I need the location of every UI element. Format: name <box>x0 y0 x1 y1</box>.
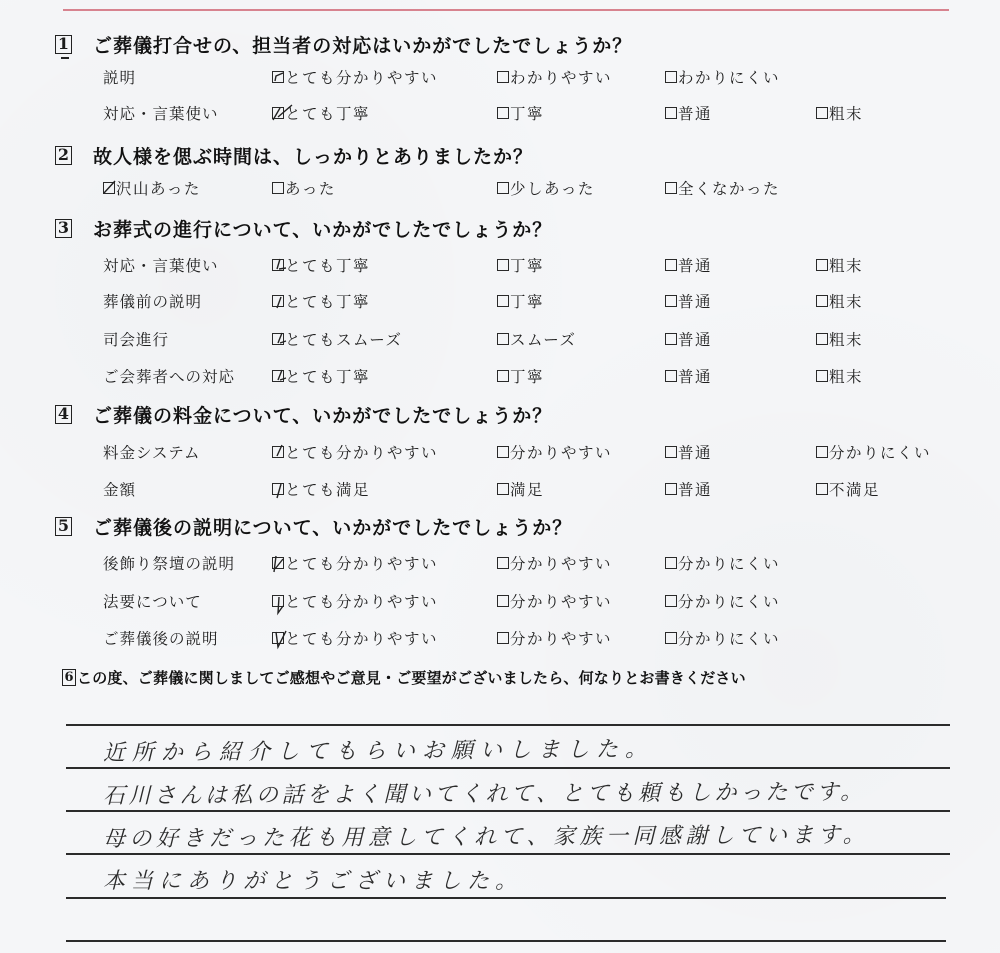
option-checkbox[interactable]: 分かりやすい <box>497 590 612 612</box>
option-checkbox[interactable]: とても丁寧 <box>272 365 370 387</box>
checkbox-icon[interactable] <box>497 557 509 569</box>
question-title: この度、ご葬儀に関しましてご感想やご意見・ご要望がございましたら、何なりとお書き… <box>77 667 746 688</box>
checkbox-checked-icon[interactable] <box>103 182 115 194</box>
option-checkbox[interactable]: 粗末 <box>816 328 863 350</box>
checkbox-icon[interactable] <box>497 333 509 345</box>
option-checkbox[interactable]: 粗末 <box>816 365 863 387</box>
ruled-line <box>66 810 950 812</box>
checkbox-checked-icon[interactable] <box>272 632 284 644</box>
question-5-header: 5 ご葬儀後の説明について、いかがでしたでしょうか？ <box>55 513 572 539</box>
question-1-row-manner: 対応・言葉使い とても丁寧 丁寧 普通 粗末 <box>0 102 1000 124</box>
question-number-box: 6 <box>62 669 76 686</box>
question-4-row-pricing-system: 料金システム とても分かりやすい 分かりやすい 普通 分かりにくい <box>0 441 1000 463</box>
option-checkbox[interactable]: 普通 <box>665 478 712 500</box>
row-label: 法要について <box>103 590 202 612</box>
row-label: 金額 <box>103 478 136 500</box>
top-red-rule <box>63 9 949 11</box>
checkbox-checked-icon[interactable] <box>272 483 284 495</box>
checkbox-icon[interactable] <box>497 446 509 458</box>
question-title: ご葬儀の料金について、いかがでしたでしょうか？ <box>93 401 552 428</box>
question-1-header: 1 ご葬儀打合せの、担当者の対応はいかがでしたでしょうか？ <box>55 31 632 57</box>
option-checkbox[interactable]: 分かりにくい <box>665 552 780 574</box>
option-checkbox[interactable]: 分かりやすい <box>497 441 612 463</box>
checkbox-icon[interactable] <box>665 295 677 307</box>
option-checkbox[interactable]: 分かりにくい <box>665 627 780 649</box>
option-checkbox[interactable]: とても丁寧 <box>272 290 370 312</box>
option-checkbox[interactable]: 分かりにくい <box>665 590 780 612</box>
checkbox-icon[interactable] <box>497 295 509 307</box>
option-checkbox[interactable]: とても分かりやすい <box>272 441 438 463</box>
option-checkbox[interactable]: とても分かりやすい <box>272 66 438 88</box>
question-5-row-altar: 後飾り祭壇の説明 とても分かりやすい 分かりやすい 分かりにくい <box>0 552 1000 574</box>
comment-line-2[interactable]: 石川さんは私の話をよく聞いてくれて、とても頼もしかったです。 <box>103 775 866 810</box>
option-checkbox[interactable]: あった <box>272 177 336 199</box>
ruled-line <box>66 940 946 942</box>
question-title: お葬式の進行について、いかがでしたでしょうか？ <box>93 215 552 242</box>
ruled-line <box>66 724 950 726</box>
option-checkbox[interactable]: 粗末 <box>816 102 863 124</box>
row-label: 司会進行 <box>103 328 169 350</box>
checkbox-icon[interactable] <box>816 483 828 495</box>
question-3-row-attendees: ご会葬者への対応 とても丁寧 丁寧 普通 粗末 <box>0 365 1000 387</box>
question-4-row-amount: 金額 とても満足 満足 普通 不満足 <box>0 478 1000 500</box>
option-checkbox[interactable]: 丁寧 <box>497 254 544 276</box>
option-checkbox[interactable]: とても丁寧 <box>272 102 370 124</box>
row-label: ご葬儀後の説明 <box>103 627 219 649</box>
checkbox-icon[interactable] <box>816 370 828 382</box>
row-label: 対応・言葉使い <box>103 254 219 276</box>
question-number-box: 4 <box>55 405 72 424</box>
checkbox-checked-icon[interactable] <box>272 370 284 382</box>
checkbox-checked-icon[interactable] <box>272 295 284 307</box>
checkbox-icon[interactable] <box>665 107 677 119</box>
row-label: 説明 <box>103 66 136 88</box>
option-checkbox[interactable]: とても分かりやすい <box>272 627 438 649</box>
option-checkbox[interactable]: 粗末 <box>816 254 863 276</box>
row-label: 料金システム <box>103 441 200 463</box>
comment-line-4[interactable]: 本当にありがとうございました。 <box>103 864 523 895</box>
checkbox-icon[interactable] <box>665 483 677 495</box>
question-number-box: 3 <box>55 219 72 238</box>
row-label: 後飾り祭壇の説明 <box>103 552 235 574</box>
checkbox-icon[interactable] <box>665 370 677 382</box>
question-4-header: 4 ご葬儀の料金について、いかがでしたでしょうか？ <box>55 401 552 427</box>
option-checkbox[interactable]: 分かりやすい <box>497 552 612 574</box>
comment-line-1[interactable]: 近所から紹介してもらいお願いしました。 <box>103 732 654 767</box>
checkbox-icon[interactable] <box>665 632 677 644</box>
option-checkbox[interactable]: 分かりやすい <box>497 627 612 649</box>
checkbox-icon[interactable] <box>497 595 509 607</box>
checkbox-icon[interactable] <box>665 182 677 194</box>
checkbox-icon[interactable] <box>816 259 828 271</box>
option-checkbox[interactable]: 全くなかった <box>665 177 780 199</box>
option-checkbox[interactable]: 丁寧 <box>497 102 544 124</box>
option-checkbox[interactable]: 普通 <box>665 102 712 124</box>
checkbox-icon[interactable] <box>497 259 509 271</box>
question-5-row-memorial: 法要について とても分かりやすい 分かりやすい 分かりにくい <box>0 590 1000 612</box>
option-checkbox[interactable]: とてもスムーズ <box>272 328 402 350</box>
checkbox-icon[interactable] <box>497 483 509 495</box>
row-label: ご会葬者への対応 <box>103 365 235 387</box>
option-checkbox[interactable]: 普通 <box>665 290 712 312</box>
checkbox-icon[interactable] <box>816 446 828 458</box>
option-checkbox[interactable]: わかりやすい <box>497 66 612 88</box>
checkbox-icon[interactable] <box>497 632 509 644</box>
comment-line-3[interactable]: 母の好きだった花も用意してくれて、家族一同感謝しています。 <box>103 818 869 853</box>
checkbox-icon[interactable] <box>816 333 828 345</box>
question-3-header: 3 お葬式の進行について、いかがでしたでしょうか？ <box>55 215 552 241</box>
checkbox-icon[interactable] <box>816 295 828 307</box>
ruled-line <box>66 767 950 769</box>
checkbox-icon[interactable] <box>497 71 509 83</box>
option-checkbox[interactable]: 沢山あった <box>103 177 201 199</box>
checkbox-checked-icon[interactable] <box>272 259 284 271</box>
option-checkbox[interactable]: とても丁寧 <box>272 254 370 276</box>
option-checkbox[interactable]: とても分かりやすい <box>272 552 438 574</box>
question-3-row-pre-explanation: 葬儀前の説明 とても丁寧 丁寧 普通 粗末 <box>0 290 1000 312</box>
option-checkbox[interactable]: 普通 <box>665 365 712 387</box>
question-6-header: 6 この度、ご葬儀に関しましてご感想やご意見・ご要望がございましたら、何なりとお… <box>62 664 746 690</box>
question-title: ご葬儀後の説明について、いかがでしたでしょうか？ <box>93 513 572 540</box>
row-label: 対応・言葉使い <box>103 102 219 124</box>
checkbox-checked-icon[interactable] <box>272 333 284 345</box>
question-number-box: 2 <box>55 146 72 165</box>
question-5-row-after-funeral: ご葬儀後の説明 とても分かりやすい 分かりやすい 分かりにくい <box>0 627 1000 649</box>
checkbox-icon[interactable] <box>665 333 677 345</box>
ruled-line <box>66 853 950 855</box>
option-checkbox[interactable]: 丁寧 <box>497 290 544 312</box>
checkbox-icon[interactable] <box>272 182 284 194</box>
option-checkbox[interactable]: とても分かりやすい <box>272 590 438 612</box>
checkbox-icon[interactable] <box>816 107 828 119</box>
checkbox-checked-icon[interactable] <box>272 71 284 83</box>
checkbox-checked-icon[interactable] <box>272 595 284 607</box>
question-1-row-explanation: 説明 とても分かりやすい わかりやすい わかりにくい <box>0 66 1000 88</box>
checkbox-icon[interactable] <box>665 446 677 458</box>
option-checkbox[interactable]: 少しあった <box>497 177 595 199</box>
checkbox-checked-icon[interactable] <box>272 446 284 458</box>
question-number-box: 5 <box>55 517 72 536</box>
checkbox-checked-icon[interactable] <box>272 107 284 119</box>
option-checkbox[interactable]: とても満足 <box>272 478 370 500</box>
survey-sheet: 1 ご葬儀打合せの、担当者の対応はいかがでしたでしょうか？ 説明 とても分かりや… <box>0 0 1000 953</box>
question-title: ご葬儀打合せの、担当者の対応はいかがでしたでしょうか？ <box>93 31 632 58</box>
question-3-row-mc: 司会進行 とてもスムーズ スムーズ 普通 粗末 <box>0 328 1000 350</box>
checkbox-icon[interactable] <box>497 182 509 194</box>
option-checkbox[interactable]: 丁寧 <box>497 365 544 387</box>
checkbox-icon[interactable] <box>665 71 677 83</box>
question-3-row-manner: 対応・言葉使い とても丁寧 丁寧 普通 粗末 <box>0 254 1000 276</box>
option-checkbox[interactable]: 普通 <box>665 441 712 463</box>
option-checkbox[interactable]: 満足 <box>497 478 544 500</box>
question-2-row: 沢山あった あった 少しあった 全くなかった <box>0 177 1000 199</box>
checkbox-icon[interactable] <box>497 370 509 382</box>
option-checkbox[interactable]: 不満足 <box>816 478 880 500</box>
option-checkbox[interactable]: 粗末 <box>816 290 863 312</box>
question-title: 故人様を偲ぶ時間は、しっかりとありましたか？ <box>93 142 533 169</box>
question-2-header: 2 故人様を偲ぶ時間は、しっかりとありましたか？ <box>55 142 533 168</box>
question-number-box: 1 <box>55 35 72 54</box>
checkbox-icon[interactable] <box>665 557 677 569</box>
checkbox-icon[interactable] <box>665 259 677 271</box>
checkbox-checked-icon[interactable] <box>272 557 284 569</box>
option-checkbox[interactable]: わかりにくい <box>665 66 780 88</box>
option-checkbox[interactable]: 分かりにくい <box>816 441 931 463</box>
option-checkbox[interactable]: 普通 <box>665 328 712 350</box>
checkbox-icon[interactable] <box>497 107 509 119</box>
row-label: 葬儀前の説明 <box>103 290 202 312</box>
checkbox-icon[interactable] <box>665 595 677 607</box>
ruled-line <box>66 897 946 899</box>
option-checkbox[interactable]: スムーズ <box>497 328 576 350</box>
option-checkbox[interactable]: 普通 <box>665 254 712 276</box>
